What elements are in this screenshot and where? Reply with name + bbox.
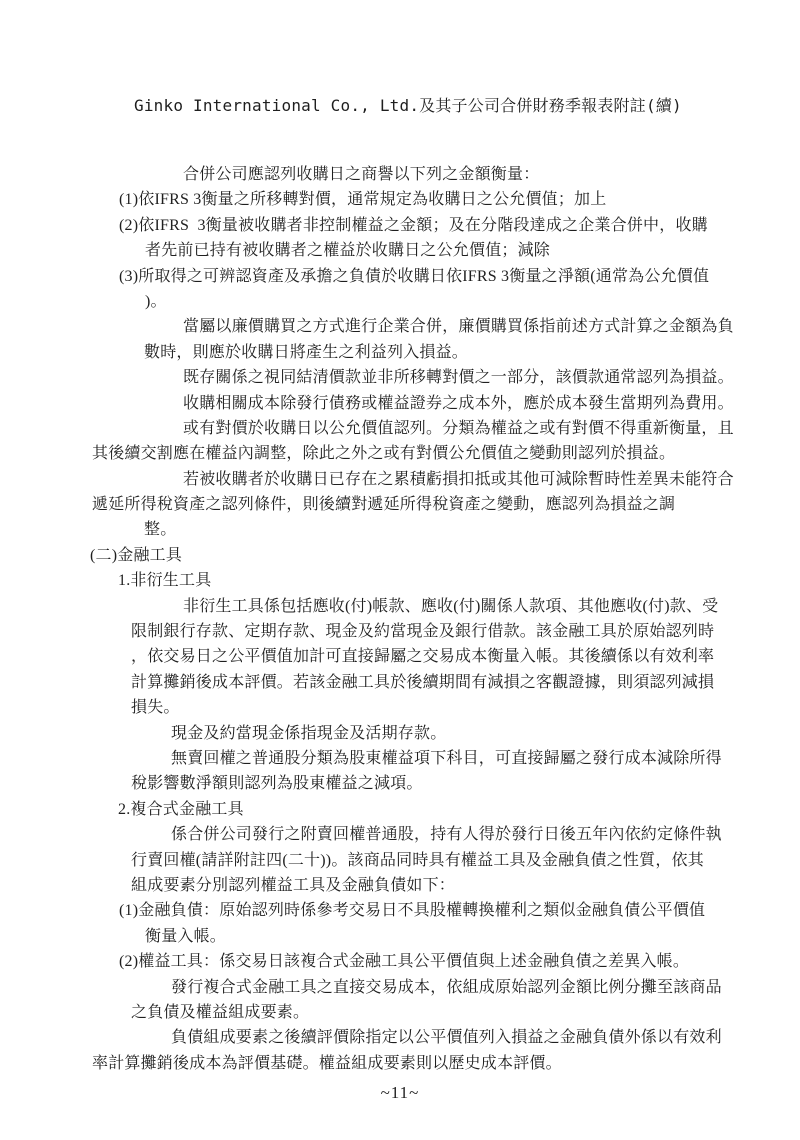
text-line: 2.複合式金融工具 xyxy=(0,797,800,822)
page-title: Ginko International Co., Ltd.及其子公司合併財務季報… xyxy=(134,93,682,116)
text-line: 行賣回權(請詳附註四(二十))。該商品同時具有權益工具及金融負債之性質，依其 xyxy=(0,848,800,873)
text-line: (3)所取得之可辨認資產及承擔之負債於收購日依IFRS 3衡量之淨額(通常為公允… xyxy=(0,264,800,289)
text-line: 數時，則應於收購日將產生之利益列入損益。 xyxy=(0,340,800,365)
text-line: 率計算攤銷後成本為評價基礎。權益組成要素則以歷史成本評價。 xyxy=(0,1051,800,1076)
text-line: 損失。 xyxy=(0,695,800,720)
text-line: 衡量入帳。 xyxy=(0,924,800,949)
text-line: 既存關係之視同結清價款並非所移轉對價之一部分，該價款通常認列為損益。 xyxy=(0,365,800,390)
text-line: 無賣回權之普通股分類為股東權益項下科目，可直接歸屬之發行成本減除所得 xyxy=(0,746,800,771)
text-line: (2)依IFRS 3衡量被收購者非控制權益之金額；及在分階段達成之企業合併中，收… xyxy=(0,213,800,238)
text-line: 非衍生工具係包括應收(付)帳款、應收(付)關係人款項、其他應收(付)款、受 xyxy=(0,594,800,619)
text-line: (2)權益工具：係交易日該複合式金融工具公平價值與上述金融負債之差異入帳。 xyxy=(0,949,800,974)
text-line: (1)金融負債：原始認列時係參考交易日不具股權轉換權利之類似金融負債公平價值 xyxy=(0,898,800,923)
text-line: 負債組成要素之後續評價除指定以公平價值列入損益之金融負債外係以有效利 xyxy=(0,1025,800,1050)
text-line: 發行複合式金融工具之直接交易成本，依組成原始認列金額比例分攤至該商品 xyxy=(0,975,800,1000)
text-line: 組成要素分別認列權益工具及金融負債如下： xyxy=(0,873,800,898)
text-line: 之負債及權益組成要素。 xyxy=(0,1000,800,1025)
text-line: 現金及約當現金係指現金及活期存款。 xyxy=(0,721,800,746)
text-line: (1)依IFRS 3衡量之所移轉對價，通常規定為收購日之公允價值；加上 xyxy=(0,187,800,212)
text-line: 或有對價於收購日以公允價值認列。分類為權益之或有對價不得重新衡量，且 xyxy=(0,416,800,441)
document-page: Ginko International Co., Ltd.及其子公司合併財務季報… xyxy=(0,0,800,1140)
text-line: 當屬以廉價購買之方式進行企業合併，廉價購買係指前述方式計算之金額為負 xyxy=(0,314,800,339)
text-line: 收購相關成本除發行債務或權益證券之成本外，應於成本發生當期列為費用。 xyxy=(0,391,800,416)
text-line: 合併公司應認列收購日之商譽以下列之金額衡量： xyxy=(0,162,800,187)
text-line: 者先前已持有被收購者之權益於收購日之公允價值；減除 xyxy=(0,238,800,263)
text-line: 其後續交割應在權益內調整，除此之外之或有對價公允價值之變動則認列於損益。 xyxy=(0,441,800,466)
text-line: 係合併公司發行之附賣回權普通股，持有人得於發行日後五年內依約定條件執 xyxy=(0,822,800,847)
text-line: 1.非衍生工具 xyxy=(0,568,800,593)
text-line: )。 xyxy=(0,289,800,314)
text-line: 若被收購者於收購日已存在之累積虧損扣抵或其他可減除暫時性差異未能符合 xyxy=(0,467,800,492)
text-line: 稅影響數淨額則認列為股東權益之減項。 xyxy=(0,771,800,796)
text-line: (二)金融工具 xyxy=(0,543,800,568)
page-number: ~11~ xyxy=(0,1083,800,1103)
text-line: ，依交易日之公平價值加計可直接歸屬之交易成本衡量入帳。其後續係以有效利率 xyxy=(0,644,800,669)
text-line: 計算攤銷後成本評價。若該金融工具於後續期間有減損之客觀證據，則須認列減損 xyxy=(0,670,800,695)
text-line: 遞延所得稅資產之認列條件，則後續對遞延所得稅資產之變動，應認列為損益之調 xyxy=(0,492,800,517)
document-body: 合併公司應認列收購日之商譽以下列之金額衡量：(1)依IFRS 3衡量之所移轉對價… xyxy=(0,162,800,1076)
text-line: 整。 xyxy=(0,517,800,542)
text-line: 限制銀行存款、定期存款、現金及約當現金及銀行借款。該金融工具於原始認列時 xyxy=(0,619,800,644)
